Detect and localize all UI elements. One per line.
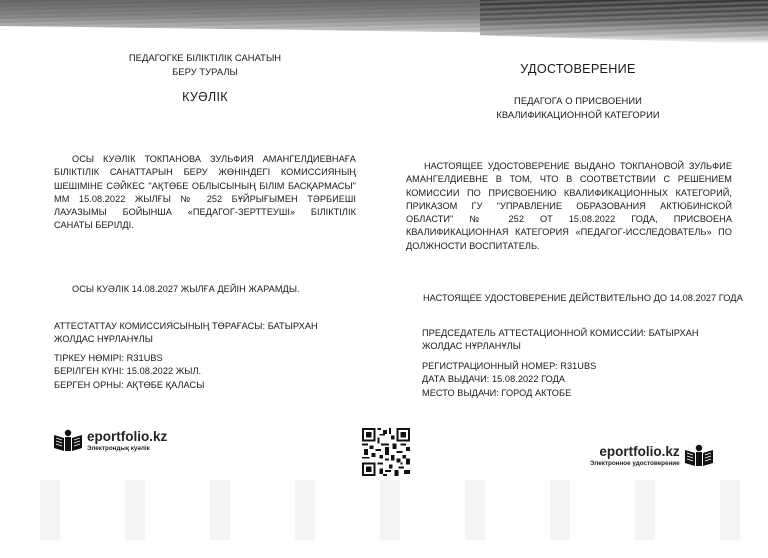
left-logo: eportfolio.kz Электрондық куәлік	[53, 429, 167, 453]
right-heading: ПЕДАГОГА О ПРИСВОЕНИИ КВАЛИФИКАЦИОННОЙ К…	[415, 94, 741, 122]
left-issue-date: БЕРІЛГЕН КҮНІ: 15.08.2022 ЖЫЛ.	[54, 365, 356, 378]
qr-code-icon	[361, 428, 411, 476]
left-reg-number: ТІРКЕУ НӨМІРІ: R31UBS	[54, 352, 356, 365]
left-validity: ОСЫ КУӘЛІК 14.08.2027 ЖЫЛҒА ДЕЙІН ЖАРАМД…	[72, 283, 362, 296]
left-details: ТІРКЕУ НӨМІРІ: R31UBS БЕРІЛГЕН КҮНІ: 15.…	[54, 352, 356, 392]
right-heading-line-2: КВАЛИФИКАЦИОННОЙ КАТЕГОРИИ	[415, 108, 741, 122]
watermark-pattern	[0, 480, 768, 540]
book-person-icon	[53, 429, 83, 453]
right-title: УДОСТОВЕРЕНИЕ	[415, 63, 741, 76]
left-logo-brand: eportfolio.kz	[87, 430, 167, 444]
left-body: ОСЫ КУӘЛІК ТОКПАНОВА ЗУЛЬФИЯ АМАНГЕЛДИЕВ…	[54, 153, 356, 233]
right-validity: НАСТОЯЩЕЕ УДОСТОВЕРЕНИЕ ДЕЙСТВИТЕЛЬНО ДО…	[423, 292, 749, 305]
right-heading-line-1: ПЕДАГОГА О ПРИСВОЕНИИ	[415, 94, 741, 108]
right-reg-number: РЕГИСТРАЦИОННЫЙ НОМЕР: R31UBS	[422, 360, 748, 373]
scan-artifact-top-right	[480, 0, 768, 44]
right-chairman: ПРЕДСЕДАТЕЛЬ АТТЕСТАЦИОННОЙ КОМИССИИ: БА…	[422, 327, 722, 354]
left-heading-line-2: БЕРУ ТУРАЛЫ	[54, 65, 356, 79]
right-issue-date: ДАТА ВЫДАЧИ: 15.08.2022 ГОДА	[422, 373, 748, 386]
left-issue-place: БЕРГЕН ОРНЫ: АҚТӨБЕ ҚАЛАСЫ	[54, 379, 356, 392]
right-logo: eportfolio.kz Электронное удостоверение	[590, 444, 714, 468]
left-title: КУӘЛІК	[54, 91, 356, 104]
left-heading-line-1: ПЕДАГОГКЕ БІЛІКТІЛІК САНАТЫН	[54, 51, 356, 65]
book-person-icon	[684, 444, 714, 468]
left-heading: ПЕДАГОГКЕ БІЛІКТІЛІК САНАТЫН БЕРУ ТУРАЛЫ	[54, 51, 356, 79]
left-logo-subtitle: Электрондық куәлік	[87, 444, 167, 453]
right-logo-subtitle: Электронное удостоверение	[590, 459, 680, 468]
right-body: НАСТОЯЩЕЕ УДОСТОВЕРЕНИЕ ВЫДАНО ТОКПАНОВО…	[406, 160, 732, 253]
left-chairman: АТТЕСТАТТАУ КОМИССИЯСЫНЫҢ ТӨРАҒАСЫ: БАТЫ…	[54, 320, 354, 347]
right-issue-place: МЕСТО ВЫДАЧИ: ГОРОД АКТОБЕ	[422, 387, 748, 400]
right-logo-brand: eportfolio.kz	[590, 445, 680, 459]
right-details: РЕГИСТРАЦИОННЫЙ НОМЕР: R31UBS ДАТА ВЫДАЧ…	[422, 360, 748, 400]
